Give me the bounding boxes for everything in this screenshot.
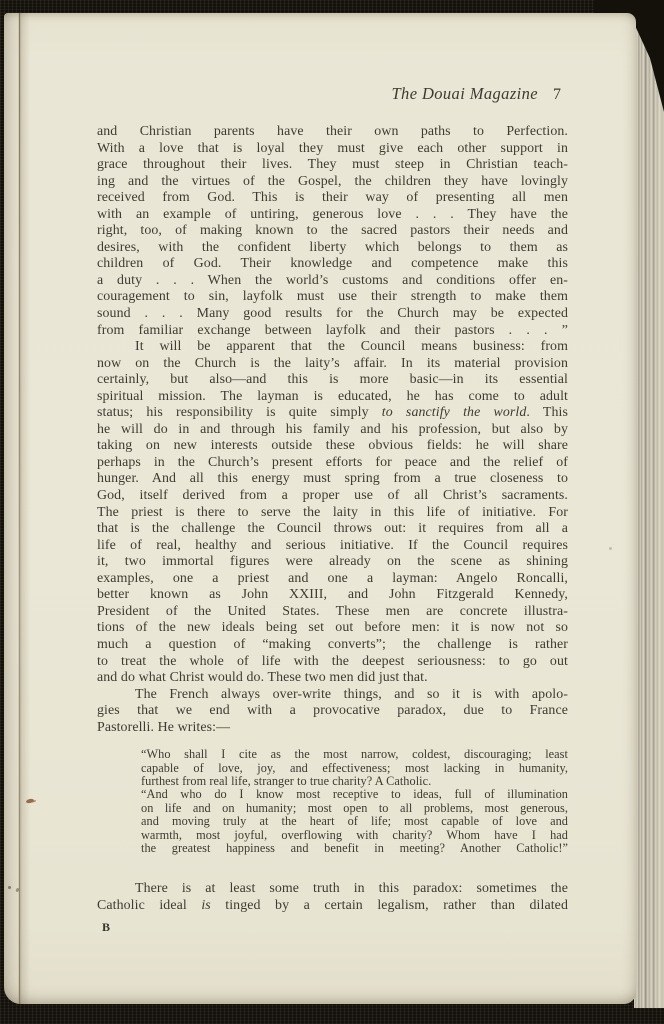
text-line: There is at least some truth in this par… bbox=[97, 881, 568, 898]
body-text: and Christian parents have their own pat… bbox=[97, 124, 568, 915]
text-line: it, two immortal figures were already on… bbox=[97, 554, 568, 571]
text-line: examples, one a priest and one a layman:… bbox=[97, 571, 568, 588]
text-line: couragement to sin, layfolk must use the… bbox=[97, 289, 568, 306]
text-line: taking on new interests outside these ob… bbox=[97, 438, 568, 455]
text-line: life of real, healthy and serious initia… bbox=[97, 538, 568, 555]
paragraph: The French always over-write things, and… bbox=[97, 687, 568, 737]
text-line: status; his responsibility is quite simp… bbox=[97, 405, 568, 422]
text-line: with an example of untiring, generous lo… bbox=[97, 207, 568, 224]
text-line: hunger. And all this energy must spring … bbox=[97, 471, 568, 488]
text-line: certainly, but also—and this is more bas… bbox=[97, 372, 568, 389]
running-header: The Douai Magazine 7 bbox=[97, 84, 568, 104]
text-line: With a love that is loyal they must give… bbox=[97, 141, 568, 158]
text-line: better known as John XXIII, and John Fit… bbox=[97, 587, 568, 604]
text-column: The Douai Magazine 7 and Christian paren… bbox=[97, 84, 568, 935]
text-line: that is the challenge the Council throws… bbox=[97, 521, 568, 538]
paragraph: and Christian parents have their own pat… bbox=[97, 124, 568, 339]
text-line: tions of the new ideals being set out be… bbox=[97, 620, 568, 637]
text-line: and moving truly at the heart of life; m… bbox=[141, 815, 568, 828]
text-line: to treat the whole of life with the deep… bbox=[97, 654, 568, 671]
foxing-spot bbox=[609, 547, 612, 550]
gutter-crease bbox=[18, 13, 30, 1004]
text-line: The priest is there to serve the laity i… bbox=[97, 505, 568, 522]
text-line: warmth, most joyful, overflowing with ch… bbox=[141, 829, 568, 842]
text-line: on life and on humanity; most open to al… bbox=[141, 802, 568, 815]
text-line: It will be apparent that the Council mea… bbox=[97, 339, 568, 356]
text-line: capable of love, joy, and effectiveness;… bbox=[141, 762, 568, 775]
text-line: sound . . . Many good results for the Ch… bbox=[97, 306, 568, 323]
text-line: gies that we end with a provocative para… bbox=[97, 703, 568, 720]
text-line: and do what Christ would do. These two m… bbox=[97, 670, 568, 687]
text-line: “And who do I know most receptive to ide… bbox=[141, 788, 568, 801]
header-title: The Douai Magazine bbox=[391, 84, 538, 104]
foxing-spot bbox=[26, 798, 35, 804]
text-line: a duty . . . When the world’s customs an… bbox=[97, 273, 568, 290]
text-line: desires, with the confident liberty whic… bbox=[97, 240, 568, 257]
text-line: much a question of “making converts”; th… bbox=[97, 637, 568, 654]
text-line: right, too, of making known to the sacre… bbox=[97, 223, 568, 240]
text-line: furthest from real life, stranger to tru… bbox=[141, 775, 568, 788]
blockquote-paragraph: “And who do I know most receptive to ide… bbox=[141, 788, 568, 855]
text-line: children of God. Their knowledge and com… bbox=[97, 256, 568, 273]
text-line: from familiar exchange between layfolk a… bbox=[97, 323, 568, 340]
paragraph: It will be apparent that the Council mea… bbox=[97, 339, 568, 686]
fore-edge-page-stack bbox=[634, 10, 664, 1008]
book-photo: The Douai Magazine 7 and Christian paren… bbox=[0, 0, 664, 1024]
text-line: Catholic ideal is tinged by a certain le… bbox=[97, 898, 568, 915]
text-line: now on the Church is the laity’s affair.… bbox=[97, 356, 568, 373]
text-line: he will do in and through his family and… bbox=[97, 422, 568, 439]
text-line: The French always over-write things, and… bbox=[97, 687, 568, 704]
text-line: President of the United States. These me… bbox=[97, 604, 568, 621]
foxing-spot bbox=[8, 886, 11, 889]
text-line: ing and the virtues of the Gospel, the c… bbox=[97, 174, 568, 191]
text-line: and Christian parents have their own pat… bbox=[97, 124, 568, 141]
text-line: “Who shall I cite as the most narrow, co… bbox=[141, 748, 568, 761]
text-line: grace throughout their lives. They must … bbox=[97, 157, 568, 174]
blockquote-paragraph: “Who shall I cite as the most narrow, co… bbox=[141, 748, 568, 788]
paragraph: There is at least some truth in this par… bbox=[97, 881, 568, 914]
header-page-number: 7 bbox=[553, 86, 561, 104]
signature-mark: B bbox=[102, 920, 568, 935]
text-line: God, itself derived from a proper use of… bbox=[97, 488, 568, 505]
book-page: The Douai Magazine 7 and Christian paren… bbox=[4, 13, 636, 1004]
text-line: perhaps in the Church’s present efforts … bbox=[97, 455, 568, 472]
text-line: Pastorelli. He writes:— bbox=[97, 720, 568, 737]
text-line: received from God. This is their way of … bbox=[97, 190, 568, 207]
text-line: the greatest happiness and benefit in me… bbox=[141, 842, 568, 855]
text-line: spiritual mission. The layman is educate… bbox=[97, 389, 568, 406]
